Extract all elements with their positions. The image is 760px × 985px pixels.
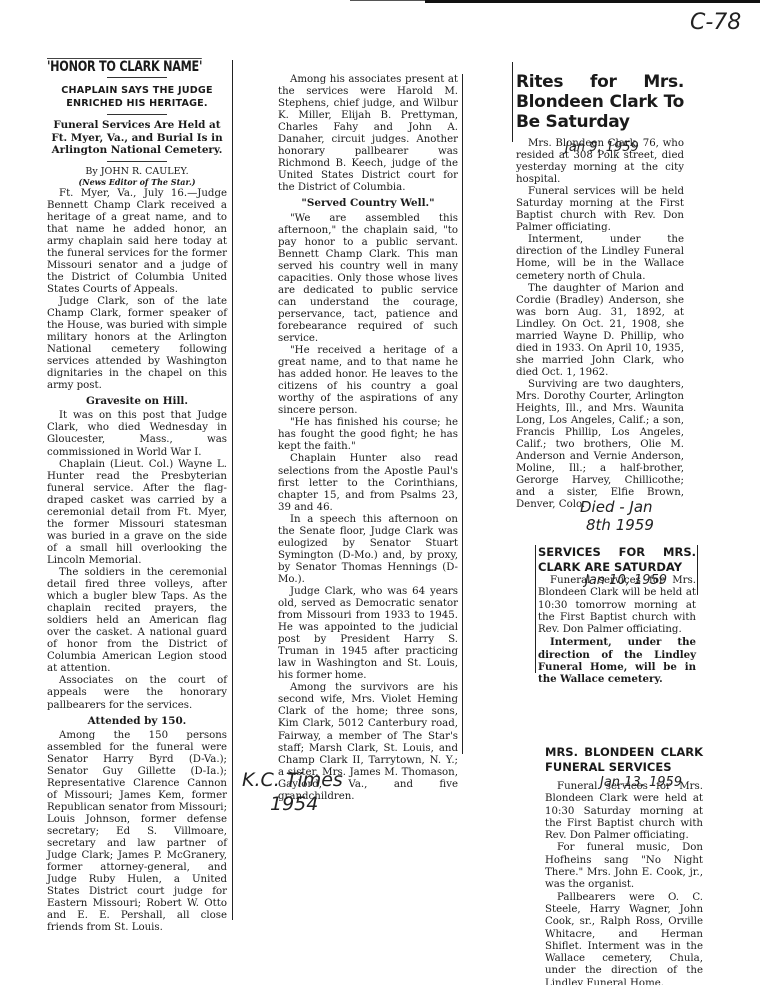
scan-edge-bar (425, 0, 760, 3)
death-note-date: 8th 1959 (580, 516, 654, 534)
column-rule (232, 60, 233, 920)
paragraph: Interment, under the direction of the Li… (538, 636, 696, 685)
source-annotation: K.C. Times 1954 (242, 768, 343, 816)
scan-edge-mark (350, 0, 430, 1)
source-year: 1954 (242, 792, 343, 816)
paragraph: The daughter of Marion and Cordie (Bradl… (516, 283, 684, 379)
byline-credit: (News Editor of The Star.) (78, 177, 195, 187)
page-number-annotation: C-78 (690, 10, 741, 35)
column-rule (462, 74, 463, 754)
article-honor-clark-column-2: Among his associates present at the serv… (278, 74, 458, 803)
article-kicker: CHAPLAIN SAYS THE JUDGE ENRICHED HIS HER… (47, 84, 227, 110)
subheading: Attended by 150. (47, 715, 227, 727)
date-stamp-annotation: Jan 10, 1959 (585, 573, 667, 588)
column-rule (535, 545, 536, 673)
article-services-saturday: SERVICES FOR MRS. CLARK ARE SATURDAY Fun… (538, 545, 696, 686)
byline-author: By JOHN R. CAULEY. (85, 166, 188, 177)
article-headline: 'HONOR TO CLARK NAME' (47, 58, 202, 73)
divider (107, 77, 167, 78)
date-stamp-annotation: Jan 13, 1959 (600, 775, 682, 790)
paragraph: Ft. Myer, Va., July 16.—Judge Bennett Ch… (47, 188, 227, 296)
paragraph: "We are assembled this afternoon," the c… (278, 213, 458, 346)
divider (107, 114, 167, 115)
date-stamp-annotation: Jan 9, 1959 (565, 140, 639, 155)
paragraph: For funeral music, Don Hofheins sang "No… (545, 842, 703, 891)
paragraph: In a speech this afternoon on the Senate… (278, 514, 458, 586)
paragraph: Pallbearers were O. C. Steele, Harry Wag… (545, 892, 703, 985)
paragraph: The soldiers in the ceremonial detail fi… (47, 567, 227, 675)
paragraph: Funeral services will be held Saturday m… (516, 186, 684, 234)
paragraph: Judge Clark, who was 64 years old, serve… (278, 586, 458, 682)
paragraph: Among the 150 persons assembled for the … (47, 730, 227, 935)
paragraph: "He has finished his course; he has foug… (278, 417, 458, 453)
paragraph: Surviving are two daughters, Mrs. Doroth… (516, 379, 684, 512)
paragraph: Interment, under the direction of the Li… (516, 234, 684, 282)
subheading: Gravesite on Hill. (47, 395, 227, 407)
source-publication: K.C. Times (242, 768, 343, 792)
paragraph: Judge Clark, son of the late Champ Clark… (47, 296, 227, 392)
paragraph: Chaplain Hunter also read selections fro… (278, 453, 458, 513)
subheading: "Served Country Well." (278, 197, 458, 209)
paragraph: It was on this post that Judge Clark, wh… (47, 410, 227, 458)
divider (107, 161, 167, 162)
column-rule (697, 545, 698, 595)
paragraph: Funeral services for Mrs. Blondeen Clark… (545, 781, 703, 842)
paragraph: "He received a heritage of a great name,… (278, 345, 458, 417)
byline: By JOHN R. CAULEY.(News Editor of The St… (47, 166, 227, 188)
article-honor-clark-column-1: 'HONOR TO CLARK NAME' CHAPLAIN SAYS THE … (47, 58, 227, 934)
article-rites-blondeen-clark: Rites for Mrs. Blondeen Clark To Be Satu… (516, 72, 684, 511)
article-headline: Rites for Mrs. Blondeen Clark To Be Satu… (516, 72, 684, 132)
article-headline: MRS. BLONDEEN CLARK FUNERAL SERVICES (545, 745, 703, 775)
article-deck: Funeral Services Are Held at Ft. Myer, V… (47, 119, 227, 157)
paragraph: Associates on the court of appeals were … (47, 675, 227, 711)
paragraph: Among his associates present at the serv… (278, 74, 458, 194)
paragraph: Chaplain (Lieut. Col.) Wayne L. Hunter r… (47, 459, 227, 567)
column-rule (512, 62, 513, 142)
article-headline: SERVICES FOR MRS. CLARK ARE SATURDAY (538, 545, 696, 575)
death-note-label: Died - Jan (580, 498, 654, 516)
death-date-annotation: Died - Jan 8th 1959 (580, 498, 654, 534)
